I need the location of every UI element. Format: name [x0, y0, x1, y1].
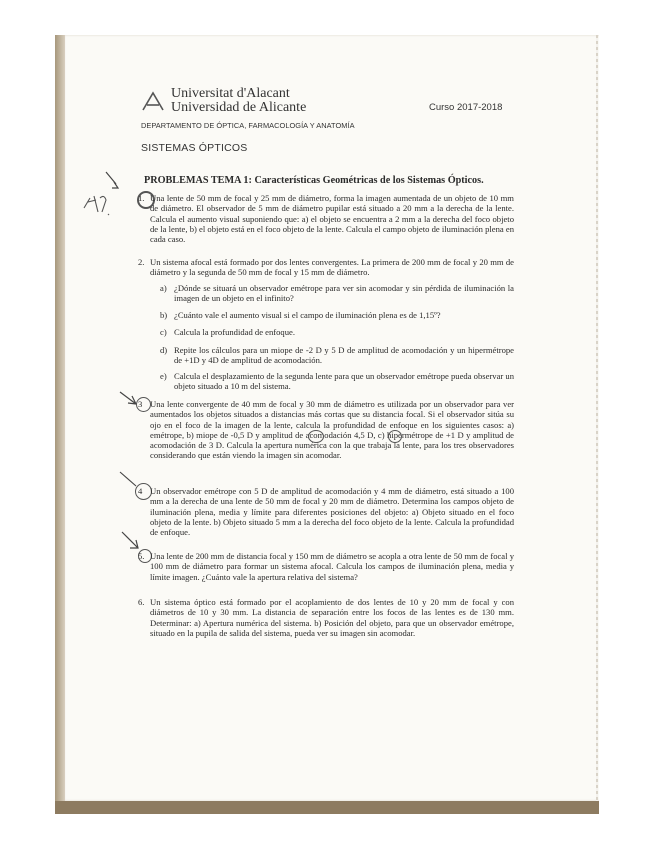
problem-number: 1. — [138, 193, 144, 203]
part-label: d) — [160, 345, 167, 355]
problem-text: Un sistema afocal está formado por dos l… — [150, 257, 514, 277]
problem-number: 5. — [138, 551, 144, 561]
problem-2: 2. Un sistema afocal está formado por do… — [150, 257, 514, 278]
problem-2-part-a: a) ¿Dónde se situará un observador emétr… — [174, 283, 514, 304]
part-label: e) — [160, 371, 167, 381]
problem-2-part-d: d) Repite los cálculos para un miope de … — [174, 345, 514, 366]
problem-number: 3 — [138, 399, 142, 409]
department-name: DEPARTAMENTO DE ÓPTICA, FARMACOLOGÍA Y A… — [141, 121, 355, 130]
part-text: ¿Dónde se situará un observador emétrope… — [174, 283, 514, 303]
problem-number: 6. — [138, 597, 144, 607]
problem-text: Una lente de 50 mm de focal y 25 mm de d… — [150, 193, 514, 244]
problem-number: 4 — [138, 486, 142, 496]
handwritten-margin-note — [76, 168, 136, 223]
course-year: Curso 2017-2018 — [429, 102, 502, 113]
paper-left-edge — [55, 35, 65, 801]
university-name-spanish: Universidad de Alicante — [171, 100, 306, 116]
problem-4: 4 Un observador emétrope con 5 D de ampl… — [150, 486, 514, 537]
problem-6: 6. Un sistema óptico está formado por el… — [150, 597, 514, 638]
problem-text: Una lente convergente de 40 mm de focal … — [150, 399, 514, 460]
problem-5: 5. Una lente de 200 mm de distancia foca… — [150, 551, 514, 582]
problem-2-part-c: c) Calcula la profundidad de enfoque. — [174, 327, 514, 337]
part-label: b) — [160, 310, 167, 320]
part-label: a) — [160, 283, 167, 293]
problem-2-part-e: e) Calcula el desplazamiento de la segun… — [174, 371, 514, 392]
problem-number: 2. — [138, 257, 144, 267]
part-text: Calcula la profundidad de enfoque. — [174, 327, 295, 337]
problem-text: Un sistema óptico está formado por el ac… — [150, 597, 514, 638]
circle-mark-part-a — [308, 430, 324, 443]
problem-2-part-b: b) ¿Cuánto vale el aumento visual si el … — [174, 310, 514, 320]
part-label: c) — [160, 327, 167, 337]
problem-set-title: PROBLEMAS TEMA 1: Características Geomét… — [144, 175, 484, 186]
problem-text: Un observador emétrope con 5 D de amplit… — [150, 486, 514, 537]
circle-mark-part-b — [388, 430, 402, 443]
university-logo-icon — [141, 90, 165, 112]
part-text: Calcula el desplazamiento de la segunda … — [174, 371, 514, 391]
problem-1: 1. Una lente de 50 mm de focal y 25 mm d… — [150, 193, 514, 244]
problem-text: Una lente de 200 mm de distancia focal y… — [150, 551, 514, 582]
part-text: ¿Cuánto vale el aumento visual si el cam… — [174, 310, 441, 320]
part-text: Repite los cálculos para un miope de -2 … — [174, 345, 514, 365]
subject-title: SISTEMAS ÓPTICOS — [141, 142, 247, 154]
paper-right-edge — [596, 35, 598, 801]
problem-3: 3 Una lente convergente de 40 mm de foca… — [150, 399, 514, 461]
